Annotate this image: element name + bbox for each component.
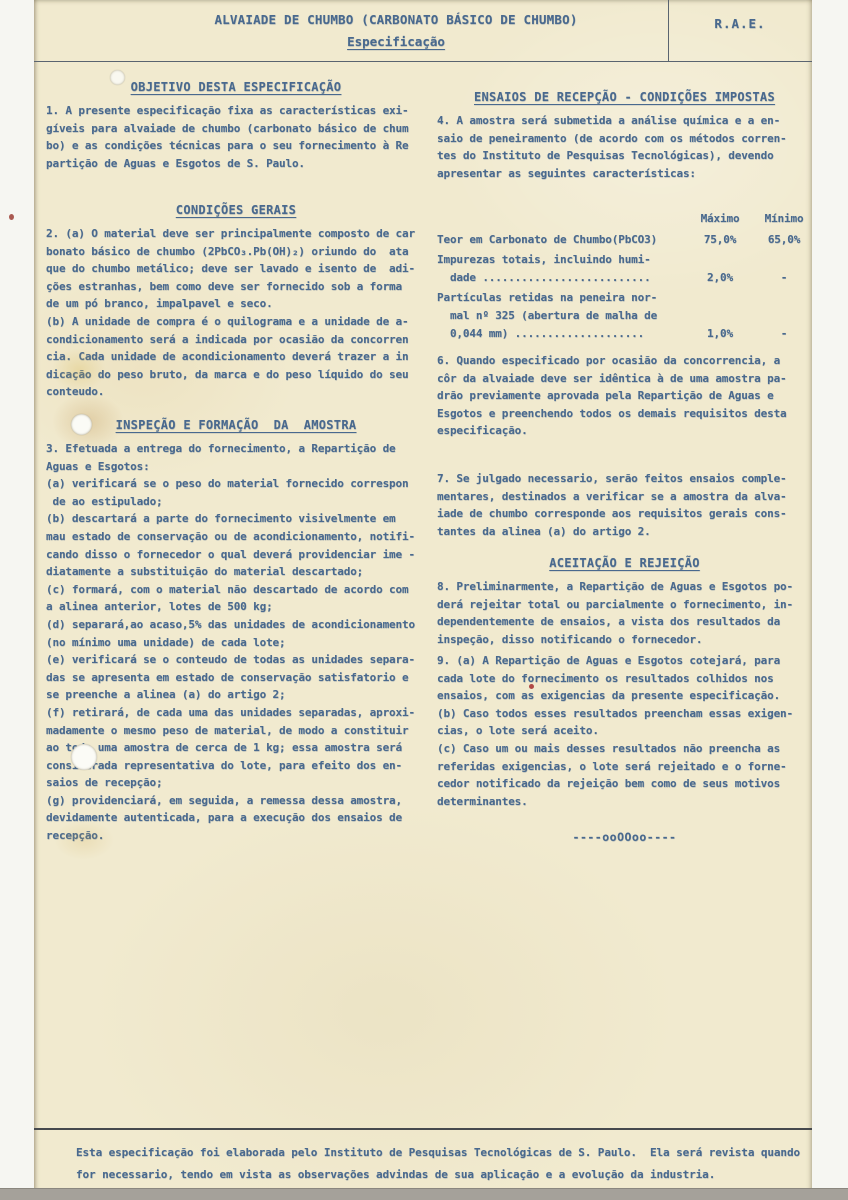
section-heading-inspecao: INSPEÇÃO E FORMAÇÃO DA AMOSTRA [46,418,426,432]
table-cell-min: 65,0% [759,231,809,249]
spec-table-header: Máximo Mínimo [437,210,812,228]
table-header-min: Mínimo [759,210,809,228]
table-cell-label: Teor em Carbonato de Chumbo(PbCO3) [437,231,693,249]
page-title: ALVAIADE DE CHUMBO (CARBONATO BÁSICO DE … [146,12,646,27]
table-row: Partículas retidas na peneira nor- mal n… [437,289,812,342]
paragraph-6: 6. Quando especificado por ocasião da co… [437,352,812,440]
paragraph-3: 3. Efetuada a entrega do fornecimento, a… [46,440,428,845]
table-cell-label: Impurezas totais, incluindo humi- dade .… [437,251,693,286]
page-subtitle: Especificação [146,34,646,49]
paragraph-1: 1. A presente especificação fixa as cara… [46,102,428,172]
paper-blemish [110,70,125,85]
table-cell-min: - [759,269,809,287]
section-heading-condicoes-gerais: CONDIÇÕES GERAIS [46,203,426,217]
table-header-gap [747,210,759,228]
hole-punch [71,744,97,770]
paragraph-2: 2. (a) O material deve ser principalment… [46,225,428,401]
table-cell-max: 75,0% [693,231,747,249]
table-cell-max: 1,0% [693,325,747,343]
paragraph-4: 4. A amostra será submetida a análise qu… [437,112,812,182]
header-divider [668,0,669,61]
table-header-spacer [437,210,693,228]
form-code-stamp: R.A.E. [668,16,812,31]
paragraph-9: 9. (a) A Repartição de Aguas e Esgotos c… [437,652,812,810]
header-rule [34,61,812,62]
spec-table: Máximo Mínimo Teor em Carbonato de Chumb… [437,210,812,342]
table-cell-min: - [759,325,809,343]
paper-sheet: ALVAIADE DE CHUMBO (CARBONATO BÁSICO DE … [34,0,812,1190]
scanner-edge-strip [0,1188,848,1200]
table-header-max: Máximo [693,210,747,228]
section-heading-objetivo: OBJETIVO DESTA ESPECIFICAÇÃO [46,80,426,94]
footer-rule [34,1128,812,1130]
end-separator: ----ooOOoo---- [437,830,812,844]
paragraph-7: 7. Se julgado necessario, serão feitos e… [437,470,812,540]
table-cell-max: 2,0% [693,269,747,287]
section-heading-ensaios: ENSAIOS DE RECEPÇÃO - CONDIÇÕES IMPOSTAS [437,90,812,104]
section-heading-aceitacao: ACEITAÇÃO E REJEIÇÃO [437,556,812,570]
table-row: Teor em Carbonato de Chumbo(PbCO3) 75,0%… [437,231,812,249]
table-row: Impurezas totais, incluindo humi- dade .… [437,251,812,286]
table-cell-label: Partículas retidas na peneira nor- mal n… [437,289,693,342]
paragraph-8: 8. Preliminarmente, a Repartição de Agua… [437,578,812,648]
margin-speck [9,214,14,220]
hole-punch [71,414,92,435]
scanned-page: ALVAIADE DE CHUMBO (CARBONATO BÁSICO DE … [0,0,848,1200]
footer-note: Esta especificação foi elaborada pelo In… [76,1142,812,1185]
